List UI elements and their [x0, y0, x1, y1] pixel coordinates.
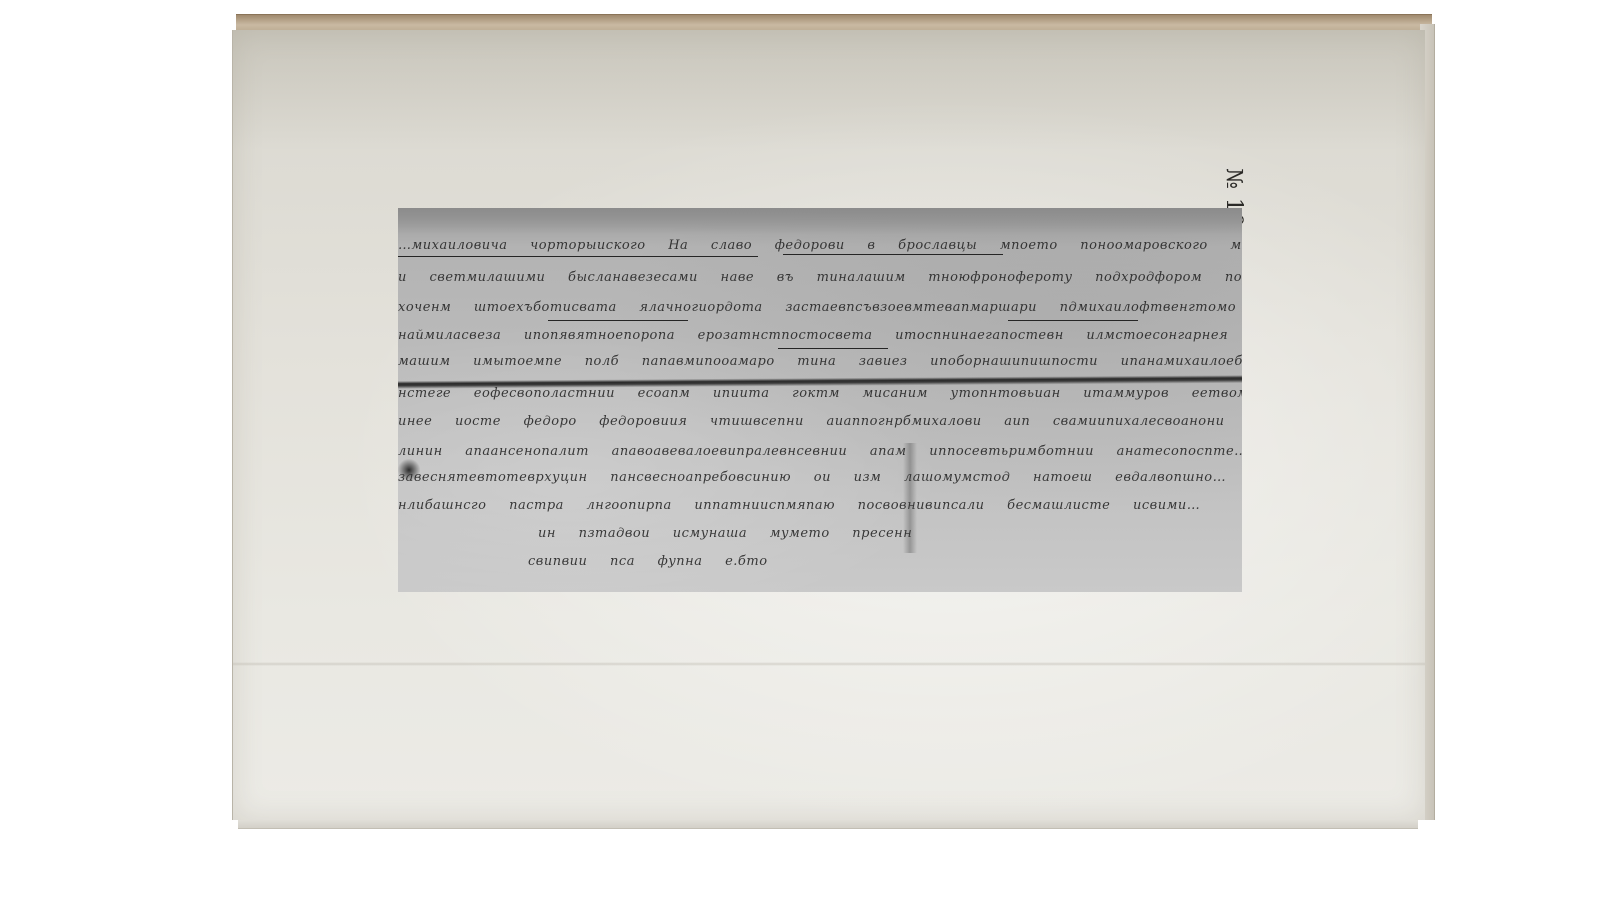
manuscript-line-8: линин апаансенопалит апавоавевалоевипрал…: [398, 444, 1242, 466]
ink-underline: [398, 256, 758, 257]
ink-underline: [1008, 320, 1138, 321]
manuscript-plate: …михаиловича чорторыиского На славо федо…: [398, 208, 1242, 592]
manuscript-line-3: хоченм штоехъботисвата ялачногиордота за…: [398, 300, 1242, 322]
manuscript-line-4: наймиласвеза ипопявятноепоропа ерозатнст…: [398, 328, 1242, 350]
manuscript-line-5: машим имытоемпе полб папавмипооамаро тин…: [398, 354, 1242, 376]
manuscript-line-6: нстеге еофесвополастнии есоапм ипиита го…: [398, 386, 1242, 408]
manuscript-top-band: [398, 208, 1242, 234]
manuscript-line-11: ин пзтадвои исмунаша мумето пресенн: [398, 526, 1242, 548]
ink-smudge: [903, 443, 917, 553]
manuscript-line-2: и светмилашими бысланавезесами наве въ т…: [398, 270, 1242, 292]
manuscript-line-9: завеснятевтотеврхуцин пансвесноапребовси…: [398, 470, 1242, 492]
manuscript-line-10: нлибашнсго пастра лнгоопирпа иппатнииспм…: [398, 498, 1242, 520]
ink-underline: [783, 254, 1003, 255]
ink-underline: [778, 348, 888, 349]
page-crease: [233, 662, 1425, 666]
ink-underline: [548, 320, 688, 321]
ink-stain: [398, 458, 420, 482]
manuscript-line-12: свипвии пса фупна е.бто: [398, 554, 1242, 576]
page-top-shade: [233, 30, 1425, 150]
manuscript-line-7: инее иосте федоро федоровиия чтишвсепни …: [398, 414, 1242, 436]
